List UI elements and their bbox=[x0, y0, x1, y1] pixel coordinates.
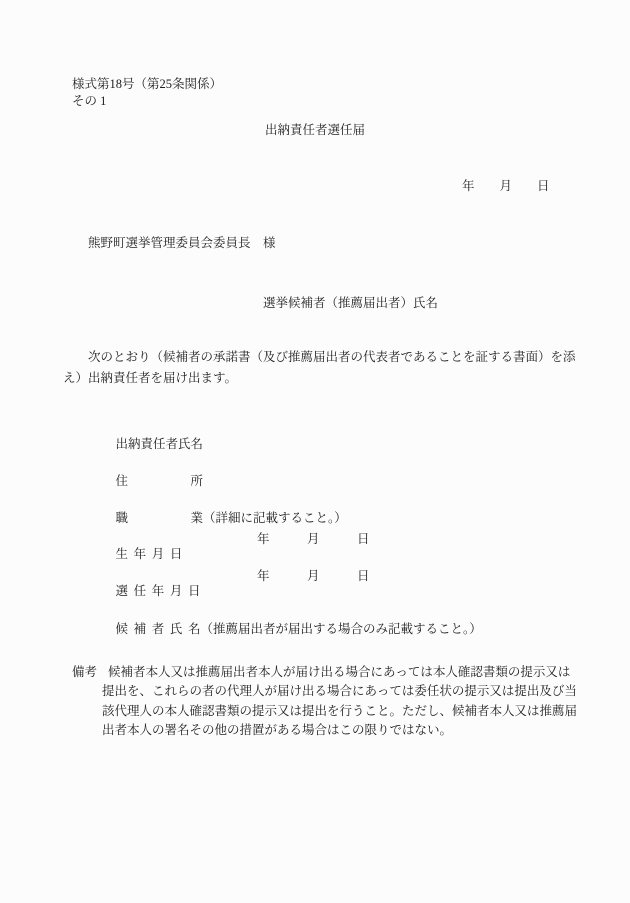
remarks-line: 該代理人の本人確認書類の提示又は提出を行うこと。ただし、候補者本人又は推薦届 bbox=[102, 702, 567, 721]
field-label: 選 任 年 月 日 bbox=[116, 584, 201, 598]
field-date-placeholder: 年 月 日 bbox=[257, 532, 370, 547]
form-number: 様式第18号（第25条関係） bbox=[72, 77, 222, 92]
form-page: 様式第18号（第25条関係） その 1 出納責任者選任届 年 月 日 熊野町選挙… bbox=[0, 0, 630, 903]
field-label: 出納責任者氏名 bbox=[116, 437, 204, 451]
field-note: （詳細に記載すること。） bbox=[203, 511, 347, 525]
field-label: 住 所 bbox=[116, 474, 204, 488]
addressee-line: 熊野町選挙管理委員会委員長 様 bbox=[88, 236, 276, 251]
remarks-line: 提出を、これらの者の代理人が届け出る場合にあっては委任状の提示又は提出及び当 bbox=[102, 682, 567, 701]
declarant-name-line: 選挙候補者（推薦届出者）氏名 bbox=[263, 296, 438, 311]
body-paragraph-line-1: 次のとおり（候補者の承諾書（及び推薦届出者の代表者であることを証する書面）を添 bbox=[88, 350, 576, 365]
remarks-line: 出者本人の署名その他の措置がある場合はこの限りではない。 bbox=[102, 721, 567, 740]
date-line: 年 月 日 bbox=[462, 179, 550, 194]
form-variant: その 1 bbox=[72, 94, 106, 109]
remarks-line: 候補者本人又は推薦届出者本人が届け出る場合にあっては本人確認書類の提示又は bbox=[102, 663, 567, 682]
form-title: 出納責任者選任届 bbox=[0, 123, 630, 138]
field-row-candidate-name: 候 補 者 氏 名（推薦届出者が届出する場合のみ記載すること。） bbox=[103, 607, 482, 652]
body-paragraph-line-2: え）出納責任者を届け出ます。 bbox=[63, 371, 237, 386]
remarks-label: 備考 bbox=[72, 663, 97, 682]
field-note: （推薦届出者が届出する場合のみ記載すること。） bbox=[201, 622, 482, 636]
remarks-text: 候補者本人又は推薦届出者本人が届け出る場合にあっては本人確認書類の提示又は 提出… bbox=[102, 663, 567, 740]
field-date-placeholder: 年 月 日 bbox=[257, 569, 370, 584]
field-label: 候 補 者 氏 名 bbox=[116, 622, 201, 636]
field-label: 生 年 月 日 bbox=[116, 547, 183, 561]
field-label: 職 業 bbox=[116, 511, 204, 525]
